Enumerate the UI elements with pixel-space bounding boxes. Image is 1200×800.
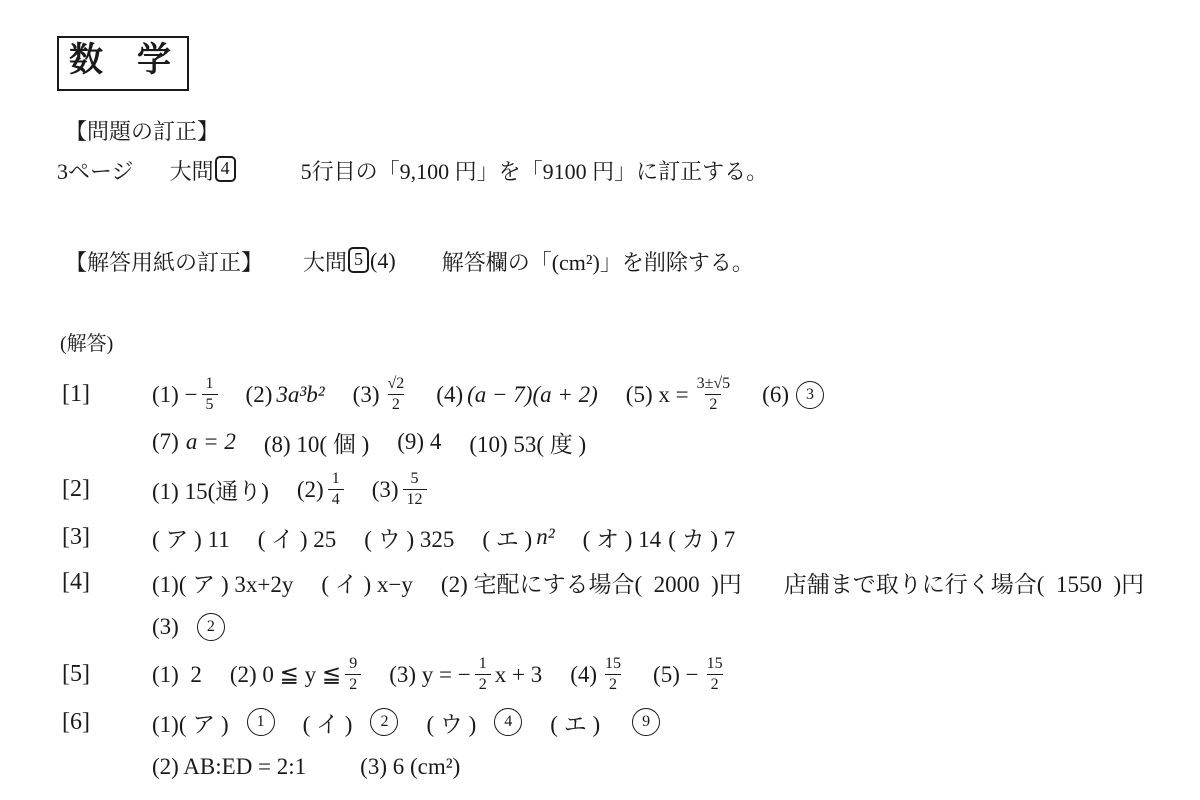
fraction-numerator: 1 [202, 376, 218, 394]
fraction: 15 2 [703, 656, 727, 693]
row-label: [4] [62, 569, 124, 596]
correction-text: 解答欄の「(cm²)」を削除する。 [442, 246, 754, 277]
fraction: 1 5 [202, 376, 218, 413]
fraction-numerator: 3±√5 [693, 376, 735, 394]
document-sheet: 数 学 【問題の訂正】 3ページ 大問 4 5行目の「9,100 円」を「910… [0, 0, 1200, 790]
answer-item: (7) a = 2 [152, 429, 236, 455]
answer-segment: (9) 4 [397, 429, 441, 455]
answer-segment: (3) [152, 614, 179, 640]
answer-row-1: [1] (1) − 1 5 (2) 3a³b² (3) √2 2 (4 [62, 370, 1200, 420]
answer-row-4-cont: (3) 2 [152, 605, 1200, 650]
circled-number: 9 [632, 708, 660, 736]
fraction: 1 4 [328, 471, 344, 508]
answers-block: [1] (1) − 1 5 (2) 3a³b² (3) √2 2 (4 [62, 370, 1200, 790]
fraction: 15 2 [601, 656, 625, 693]
fraction-denominator: 2 [707, 674, 723, 693]
answer-item: (2) 1 4 [297, 471, 344, 508]
fraction-denominator: 2 [475, 674, 491, 693]
answer-item: (5) − 15 2 [653, 656, 727, 693]
daimon-sub-number: (4) [370, 248, 396, 274]
answer-item: (6) 3 [762, 381, 824, 409]
answer-segment: (3) y = − [389, 662, 471, 688]
answer-segment: (1)( ア ) [152, 706, 229, 739]
answer-segment: ( ウ ) [426, 706, 476, 739]
daimon-label: 大問 [170, 155, 214, 186]
answer-item: ( エ ) 9 [550, 706, 660, 739]
circled-number: 2 [197, 613, 225, 641]
daimon-number-box: 4 [215, 156, 236, 183]
answer-row-6: [6] (1)( ア ) 1 ( イ ) 2 ( ウ ) 4 ( エ ) 9 [62, 700, 1200, 745]
answer-segment: 3a³b² [276, 382, 324, 408]
answer-segment: (4) [436, 382, 463, 408]
answer-segment: (2) 0 ≦ y ≦ [230, 662, 341, 688]
answer-sheet-correction-line: 【解答用紙の訂正】 大問 5 (4) 解答欄の「(cm²)」を削除する。 [65, 246, 1200, 277]
page-title-box: 数 学 [57, 36, 189, 91]
answer-sheet-correction-heading: 【解答用紙の訂正】 [65, 246, 263, 277]
answer-segment: (5) x = [626, 382, 689, 408]
fraction-numerator: 5 [407, 471, 423, 489]
answer-segment: ( エ ) [550, 706, 600, 739]
answer-segment: (1) − [152, 382, 198, 408]
answer-segment: ( カ ) 7 [668, 521, 735, 554]
answer-segment: (3) [372, 477, 399, 503]
answer-segment: (8) 10( 個 ) [264, 426, 369, 459]
answer-segment: (7) [152, 429, 179, 455]
answer-item: (3) √2 2 [353, 376, 409, 413]
fraction: 3±√5 2 [693, 376, 735, 413]
answer-item: (3) 2 [152, 613, 225, 641]
answer-segment: (2) AB:ED = 2:1 [152, 754, 306, 780]
fraction-numerator: 1 [475, 656, 491, 674]
row-label: [2] [62, 476, 124, 503]
answer-segment: (3) 6 (cm²) [360, 754, 460, 780]
answers-heading: (解答) [60, 327, 1200, 356]
fraction-numerator: 15 [601, 656, 625, 674]
answer-segment: ( ウ ) 325 [364, 521, 454, 554]
circled-number: 4 [494, 708, 522, 736]
answer-row-4: [4] (1)( ア ) 3x+2y ( イ ) x−y (2) 宅配にする場合… [62, 560, 1200, 605]
answer-segment: ( エ ) [482, 521, 532, 554]
answer-item: (5) x = 3±√5 2 [626, 376, 734, 413]
answer-segment: (5) − [653, 662, 699, 688]
fraction: 1 2 [475, 656, 491, 693]
answer-item: (1) − 1 5 [152, 376, 218, 413]
answer-item: ( イ ) 2 [303, 706, 399, 739]
fraction-numerator: 9 [345, 656, 361, 674]
answer-row-2: [2] (1) 15(通り) (2) 1 4 (3) 5 12 [62, 465, 1200, 515]
fraction-denominator: 4 [328, 489, 344, 508]
fraction: 5 12 [403, 471, 427, 508]
fraction-numerator: √2 [384, 376, 409, 394]
answer-segment: ( イ ) x−y [321, 566, 413, 599]
answer-segment: (2) [246, 382, 273, 408]
answer-row-5: [5] (1) 2 (2) 0 ≦ y ≦ 9 2 (3) y = − 1 2 … [62, 650, 1200, 700]
row-label: [3] [62, 524, 124, 551]
answer-segment: (a − 7)(a + 2) [467, 382, 598, 408]
problem-correction-heading: 【問題の訂正】 [65, 115, 1200, 146]
answer-segment: (1)( ア ) 3x+2y [152, 566, 293, 599]
answer-item: (2) 0 ≦ y ≦ 9 2 [230, 656, 361, 693]
fraction-denominator: 2 [345, 674, 361, 693]
fraction-denominator: 2 [388, 394, 404, 413]
page-title: 数 学 [69, 42, 171, 79]
answer-segment: (2) [297, 477, 324, 503]
answer-item: (1)( ア ) 1 [152, 706, 275, 739]
answer-segment: ( ア ) 11 [152, 521, 230, 554]
answer-segment: (6) [762, 382, 789, 408]
answer-segment: (3) [353, 382, 380, 408]
correction-text: 5行目の「9,100 円」を「9100 円」に訂正する。 [301, 155, 769, 186]
answer-segment: (10) 53( 度 ) [469, 426, 586, 459]
circled-number: 1 [247, 708, 275, 736]
answer-item: (3) y = − 1 2 x + 3 [389, 656, 542, 693]
answer-item: ( エ ) n² [482, 521, 554, 554]
answer-row-3: [3] ( ア ) 11 ( イ ) 25 ( ウ ) 325 ( エ ) n²… [62, 515, 1200, 560]
circled-number: 2 [370, 708, 398, 736]
answer-segment: a = 2 [186, 429, 236, 455]
fraction-denominator: 12 [403, 489, 427, 508]
daimon-label: 大問 [303, 246, 347, 277]
answer-segment: ( イ ) [303, 706, 353, 739]
answer-segment: ( イ ) 25 [258, 521, 337, 554]
fraction-denominator: 5 [202, 394, 218, 413]
fraction-denominator: 2 [605, 674, 621, 693]
fraction-denominator: 2 [705, 394, 721, 413]
daimon-number-box: 5 [348, 247, 369, 274]
answer-segment: n² [536, 524, 554, 550]
row-label: [6] [62, 709, 124, 736]
problem-correction-line: 3ページ 大問 4 5行目の「9,100 円」を「9100 円」に訂正する。 [57, 155, 1200, 186]
fraction-numerator: 15 [703, 656, 727, 674]
answer-item: (4) (a − 7)(a + 2) [436, 382, 598, 408]
answer-segment: (4) [570, 662, 597, 688]
answer-segment: ( オ ) 14 [583, 521, 662, 554]
answer-item: (2) 3a³b² [246, 382, 325, 408]
page-ref: 3ページ [57, 155, 134, 186]
circled-number: 3 [796, 381, 824, 409]
answer-item: (4) 15 2 [570, 656, 625, 693]
row-label: [1] [62, 381, 124, 408]
answer-segment: (2) 宅配にする場合( 2000 )円 [441, 566, 742, 599]
answer-row-1-cont: (7) a = 2 (8) 10( 個 ) (9) 4 (10) 53( 度 ) [152, 420, 1200, 465]
answer-item: (3) 5 12 [372, 471, 427, 508]
fraction-numerator: 1 [328, 471, 344, 489]
answer-segment: (1) 2 [152, 662, 202, 688]
answer-segment: x + 3 [495, 662, 542, 688]
answer-row-6-cont: (2) AB:ED = 2:1 (3) 6 (cm²) [152, 745, 1200, 790]
row-label: [5] [62, 661, 124, 688]
fraction: 9 2 [345, 656, 361, 693]
answer-segment: 店舗まで取りに行く場合( 1550 )円 [784, 566, 1144, 599]
answer-item: ( オ ) 14 ( カ ) 7 [583, 521, 736, 554]
answer-item: ( ウ ) 4 [426, 706, 522, 739]
fraction: √2 2 [384, 376, 409, 413]
answer-segment: (1) 15(通り) [152, 473, 269, 506]
